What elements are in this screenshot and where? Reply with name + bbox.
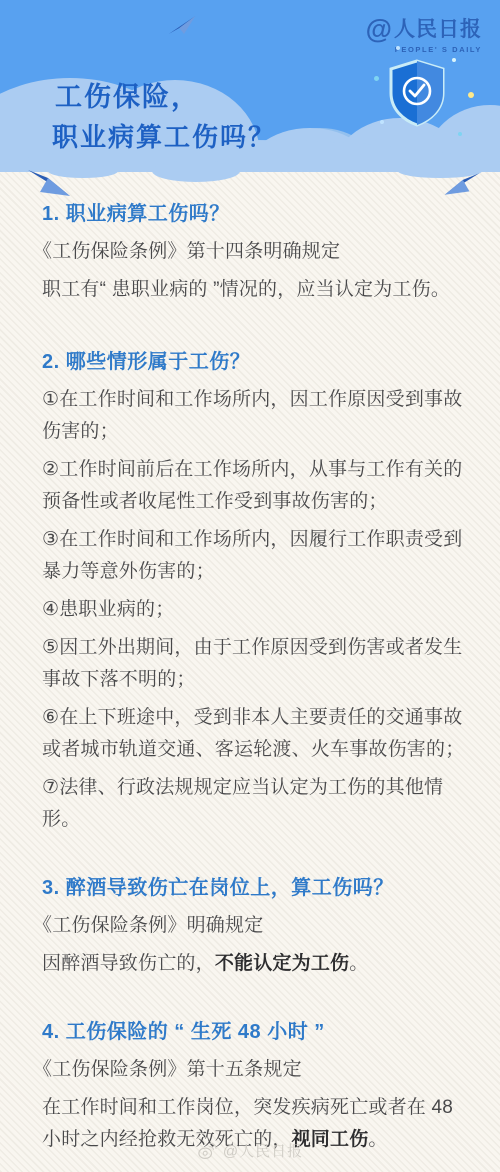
paragraph: 《工伤保险条例》第十四条明确规定 — [33, 236, 466, 268]
brand-name: 人民日报 — [394, 19, 482, 40]
section-3: 3. 醉酒导致伤亡在岗位上，算工伤吗？ 《工伤保险条例》明确规定 因醉酒导致伤亡… — [42, 874, 466, 980]
section-1: 1. 职业病算工伤吗？ 《工伤保险条例》第十四条明确规定 职工有“ 患职业病的 … — [42, 200, 466, 306]
shield-check-icon — [386, 58, 448, 128]
content-area: 1. 职业病算工伤吗？ 《工伤保险条例》第十四条明确规定 职工有“ 患职业病的 … — [0, 172, 500, 1156]
poster-title-line2: 职业病算工伤吗？ — [52, 124, 276, 150]
watermark: @人民日报 — [0, 1140, 500, 1161]
paragraph: 因醉酒导致伤亡的，不能认定为工伤。 — [42, 948, 466, 980]
sparkle-dot — [380, 120, 384, 124]
brand-logo: @ 人民日报 PEOPLE' S DAILY — [366, 16, 482, 54]
paragraph: ⑥在上下班途中，受到非本人主要责任的交通事故或者城市轨道交通、客运轮渡、火车事故… — [42, 702, 466, 766]
sparkle-dot — [468, 92, 474, 98]
at-icon: @ — [366, 16, 392, 43]
poster-title-line1: 工伤保险， — [55, 84, 276, 111]
section-heading: 3. 醉酒导致伤亡在岗位上，算工伤吗？ — [42, 874, 466, 902]
poster-page: @ 人民日报 PEOPLE' S DAILY 工伤保险， 职业病算工伤吗？ — [0, 0, 500, 1172]
paragraph: 《工伤保险条例》明确规定 — [33, 910, 466, 942]
section-2: 2. 哪些情形属于工伤？ ①在工作时间和工作场所内，因工作原因受到事故伤害的； … — [42, 348, 466, 836]
section-heading: 4. 工伤保险的 “ 生死 48 小时 ” — [42, 1018, 466, 1046]
paragraph: 《工伤保险条例》第十五条规定 — [33, 1054, 466, 1086]
sparkle-dot — [458, 132, 462, 136]
header-banner: @ 人民日报 PEOPLE' S DAILY 工伤保险， 职业病算工伤吗？ — [0, 0, 500, 172]
paragraph-text: 。 — [349, 953, 368, 974]
sparkle-dot — [374, 76, 379, 81]
paragraph: 职工有“ 患职业病的 ”情况的，应当认定为工伤。 — [42, 274, 466, 306]
paper-plane-icon — [28, 166, 70, 200]
watermark-text: @人民日报 — [223, 1140, 303, 1161]
paragraph: ①在工作时间和工作场所内，因工作原因受到事故伤害的； — [42, 384, 466, 448]
section-heading: 1. 职业病算工伤吗？ — [42, 200, 466, 228]
paragraph: ④患职业病的； — [42, 594, 466, 626]
sparkle-dot — [452, 58, 456, 62]
paper-plane-icon — [444, 170, 480, 198]
paragraph-bold-text: 不能认定为工伤 — [215, 953, 349, 974]
brand-subtitle: PEOPLE' S DAILY — [366, 45, 482, 54]
sparkle-dot — [396, 46, 400, 50]
weibo-icon — [197, 1142, 217, 1160]
paragraph: ⑤因工外出期间，由于工作原因受到伤害或者发生事故下落不明的； — [42, 632, 466, 696]
section-4: 4. 工伤保险的 “ 生死 48 小时 ” 《工伤保险条例》第十五条规定 在工作… — [42, 1018, 466, 1156]
paragraph: ⑦法律、行政法规规定应当认定为工伤的其他情形。 — [42, 772, 466, 836]
section-heading: 2. 哪些情形属于工伤？ — [42, 348, 466, 376]
paragraph: ②工作时间前后在工作场所内，从事与工作有关的预备性或者收尾性工作受到事故伤害的； — [42, 454, 466, 518]
paragraph-text: 因醉酒导致伤亡的， — [42, 953, 215, 974]
paragraph: ③在工作时间和工作场所内，因履行工作职责受到暴力等意外伤害的； — [42, 524, 466, 588]
poster-title: 工伤保险， 职业病算工伤吗？ — [55, 84, 276, 150]
paper-plane-icon — [168, 16, 196, 36]
